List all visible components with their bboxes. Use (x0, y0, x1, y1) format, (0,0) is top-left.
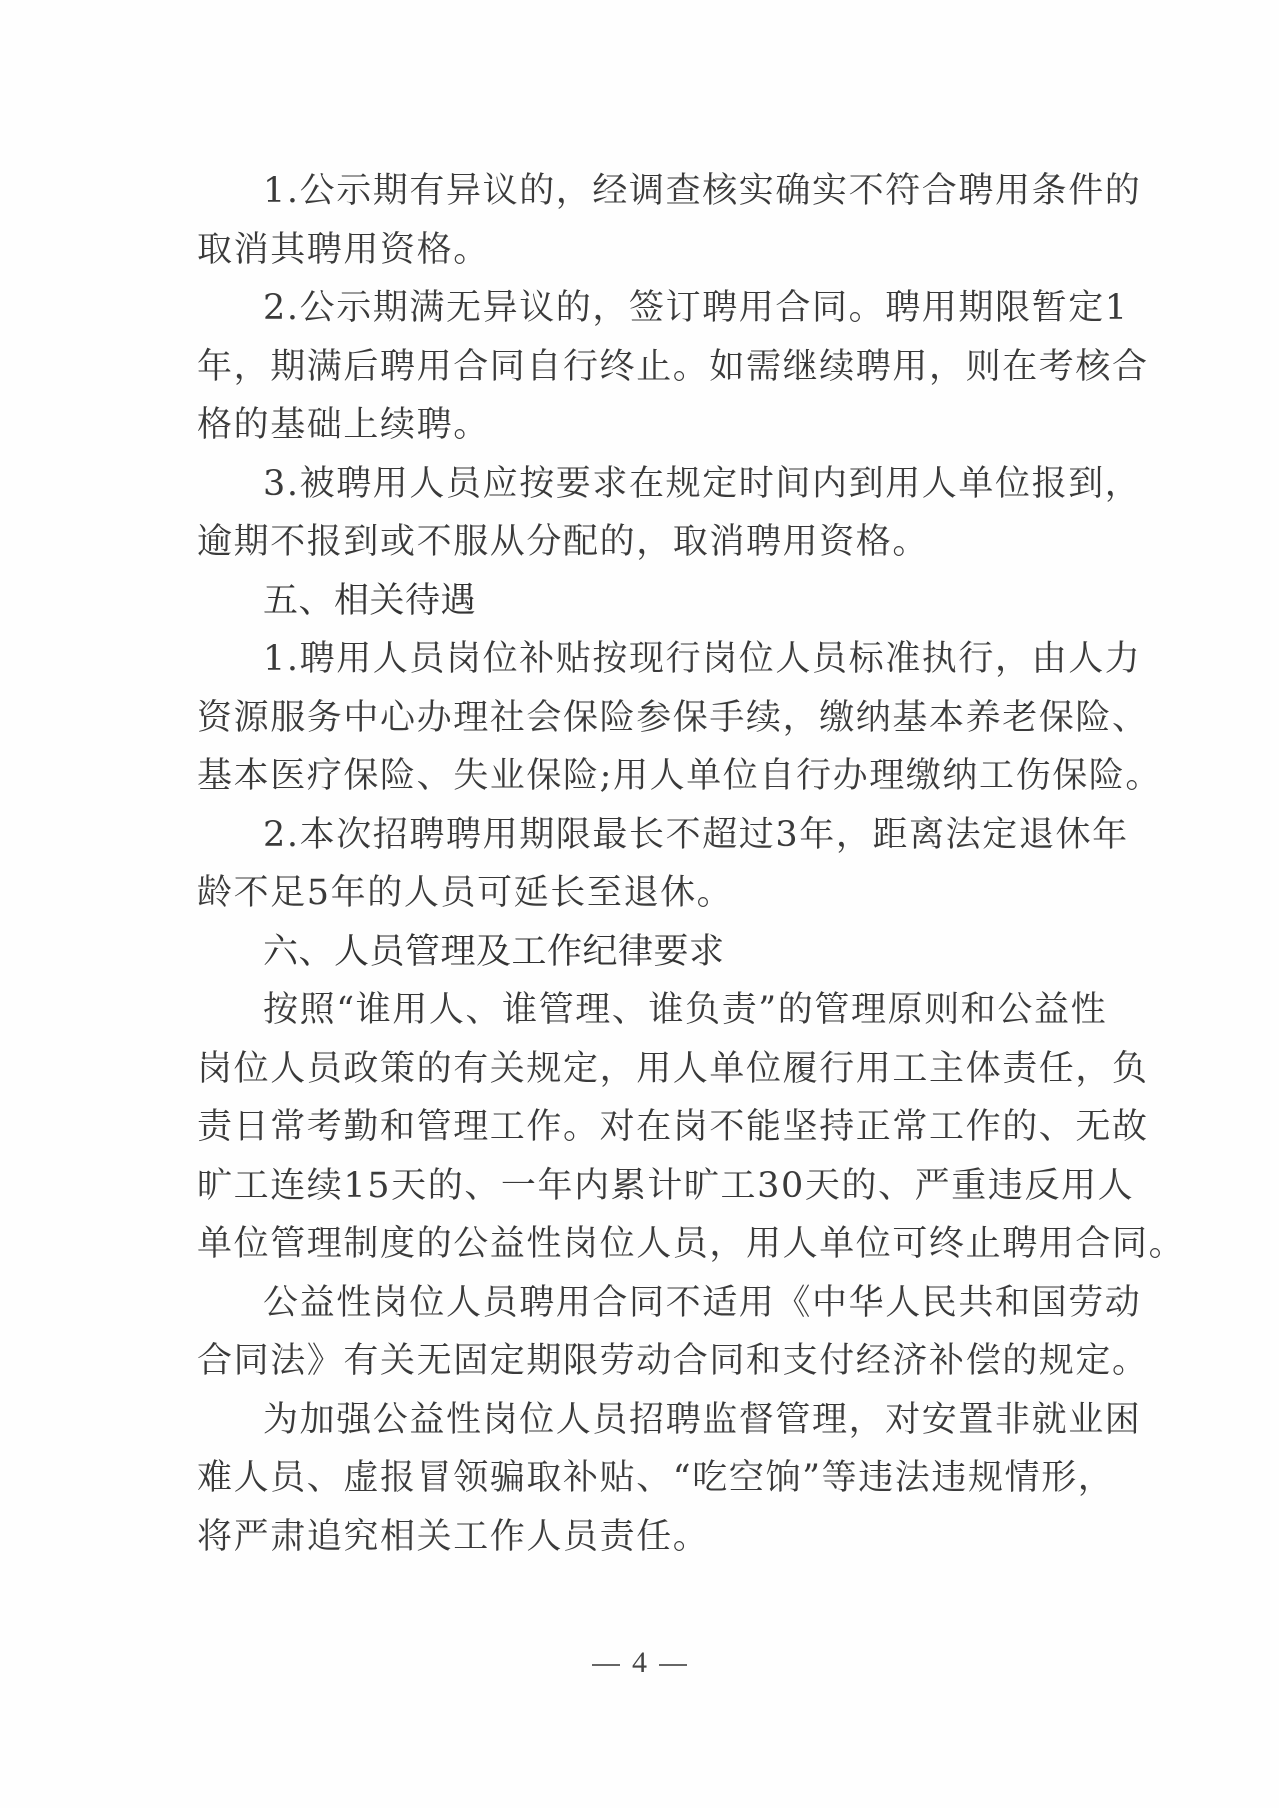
text-line: 基本医疗保险、失业保险;用人单位自行办理缴纳工伤保险。 (197, 747, 1097, 806)
text-line: 取消其聘用资格。 (197, 221, 1097, 280)
text-line: 2.公示期满无异议的，签订聘用合同。聘用期限暂定1 (197, 279, 1097, 338)
text-line: 1.聘用人员岗位补贴按现行岗位人员标准执行，由人力 (197, 630, 1097, 689)
text-line: 按照“谁用人、谁管理、谁负责”的管理原则和公益性 (197, 981, 1097, 1040)
dash-right (659, 1664, 687, 1666)
text-line: 格的基础上续聘。 (197, 396, 1097, 455)
paragraph-item-1: 1.公示期有异议的，经调查核实确实不符合聘用条件的 取消其聘用资格。 (197, 162, 1097, 279)
paragraph-benefits-2: 2.本次招聘聘用期限最长不超过3年，距离法定退休年 龄不足5年的人员可延长至退休… (197, 806, 1097, 923)
paragraph-item-2: 2.公示期满无异议的，签订聘用合同。聘用期限暂定1 年，期满后聘用合同自行终止。… (197, 279, 1097, 455)
text-line: 为加强公益性岗位人员招聘监督管理，对安置非就业困 (197, 1391, 1097, 1450)
text-line: 公益性岗位人员聘用合同不适用《中华人民共和国劳动 (197, 1274, 1097, 1333)
text-line: 3.被聘用人员应按要求在规定时间内到用人单位报到， (197, 455, 1097, 514)
text-line: 责日常考勤和管理工作。对在岗不能坚持正常工作的、无故 (197, 1098, 1097, 1157)
page-number: 4 (0, 1646, 1279, 1680)
dash-left (592, 1664, 620, 1666)
paragraph-management: 按照“谁用人、谁管理、谁负责”的管理原则和公益性 岗位人员政策的有关规定，用人单… (197, 981, 1097, 1274)
text-line: 难人员、虚报冒领骗取补贴、“吃空饷”等违法违规情形， (197, 1449, 1097, 1508)
text-line: 逾期不报到或不服从分配的，取消聘用资格。 (197, 513, 1097, 572)
paragraph-item-3: 3.被聘用人员应按要求在规定时间内到用人单位报到， 逾期不报到或不服从分配的，取… (197, 455, 1097, 572)
text-line: 岗位人员政策的有关规定，用人单位履行用工主体责任，负 (197, 1040, 1097, 1099)
text-line: 年，期满后聘用合同自行终止。如需继续聘用，则在考核合 (197, 338, 1097, 397)
text-line: 1.公示期有异议的，经调查核实确实不符合聘用条件的 (197, 162, 1097, 221)
paragraph-labor-law: 公益性岗位人员聘用合同不适用《中华人民共和国劳动 合同法》有关无固定期限劳动合同… (197, 1274, 1097, 1391)
document-page: 1.公示期有异议的，经调查核实确实不符合聘用条件的 取消其聘用资格。 2.公示期… (0, 0, 1279, 1808)
section-heading-6: 六、人员管理及工作纪律要求 (197, 923, 1097, 982)
text-line: 将严肃追究相关工作人员责任。 (197, 1508, 1097, 1567)
text-line: 龄不足5年的人员可延长至退休。 (197, 864, 1097, 923)
page-number-value: 4 (632, 1646, 647, 1679)
paragraph-benefits-1: 1.聘用人员岗位补贴按现行岗位人员标准执行，由人力 资源服务中心办理社会保险参保… (197, 630, 1097, 806)
text-line: 资源服务中心办理社会保险参保手续，缴纳基本养老保险、 (197, 689, 1097, 748)
text-line: 合同法》有关无固定期限劳动合同和支付经济补偿的规定。 (197, 1332, 1097, 1391)
text-line: 2.本次招聘聘用期限最长不超过3年，距离法定退休年 (197, 806, 1097, 865)
document-body: 1.公示期有异议的，经调查核实确实不符合聘用条件的 取消其聘用资格。 2.公示期… (197, 162, 1097, 1566)
text-line: 单位管理制度的公益性岗位人员，用人单位可终止聘用合同。 (197, 1215, 1097, 1274)
paragraph-supervision: 为加强公益性岗位人员招聘监督管理，对安置非就业困 难人员、虚报冒领骗取补贴、“吃… (197, 1391, 1097, 1567)
text-line: 旷工连续15天的、一年内累计旷工30天的、严重违反用人 (197, 1157, 1097, 1216)
section-heading-5: 五、相关待遇 (197, 572, 1097, 631)
